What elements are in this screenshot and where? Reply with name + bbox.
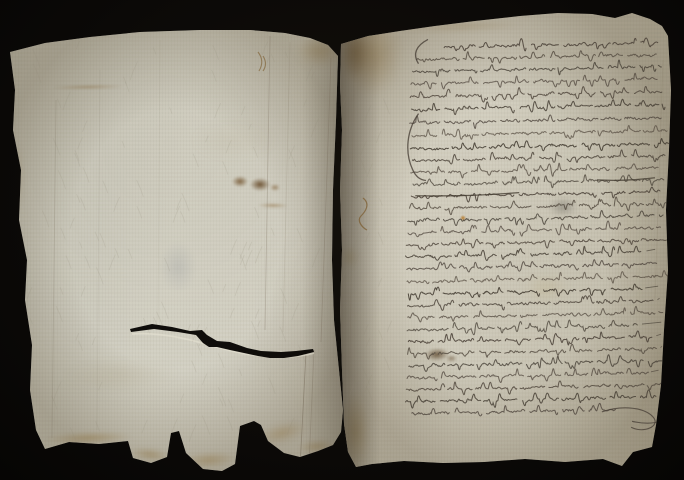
page-edge-shadow	[302, 40, 344, 460]
marginal-date-annotation	[348, 19, 404, 24]
photo-backdrop	[0, 0, 684, 480]
